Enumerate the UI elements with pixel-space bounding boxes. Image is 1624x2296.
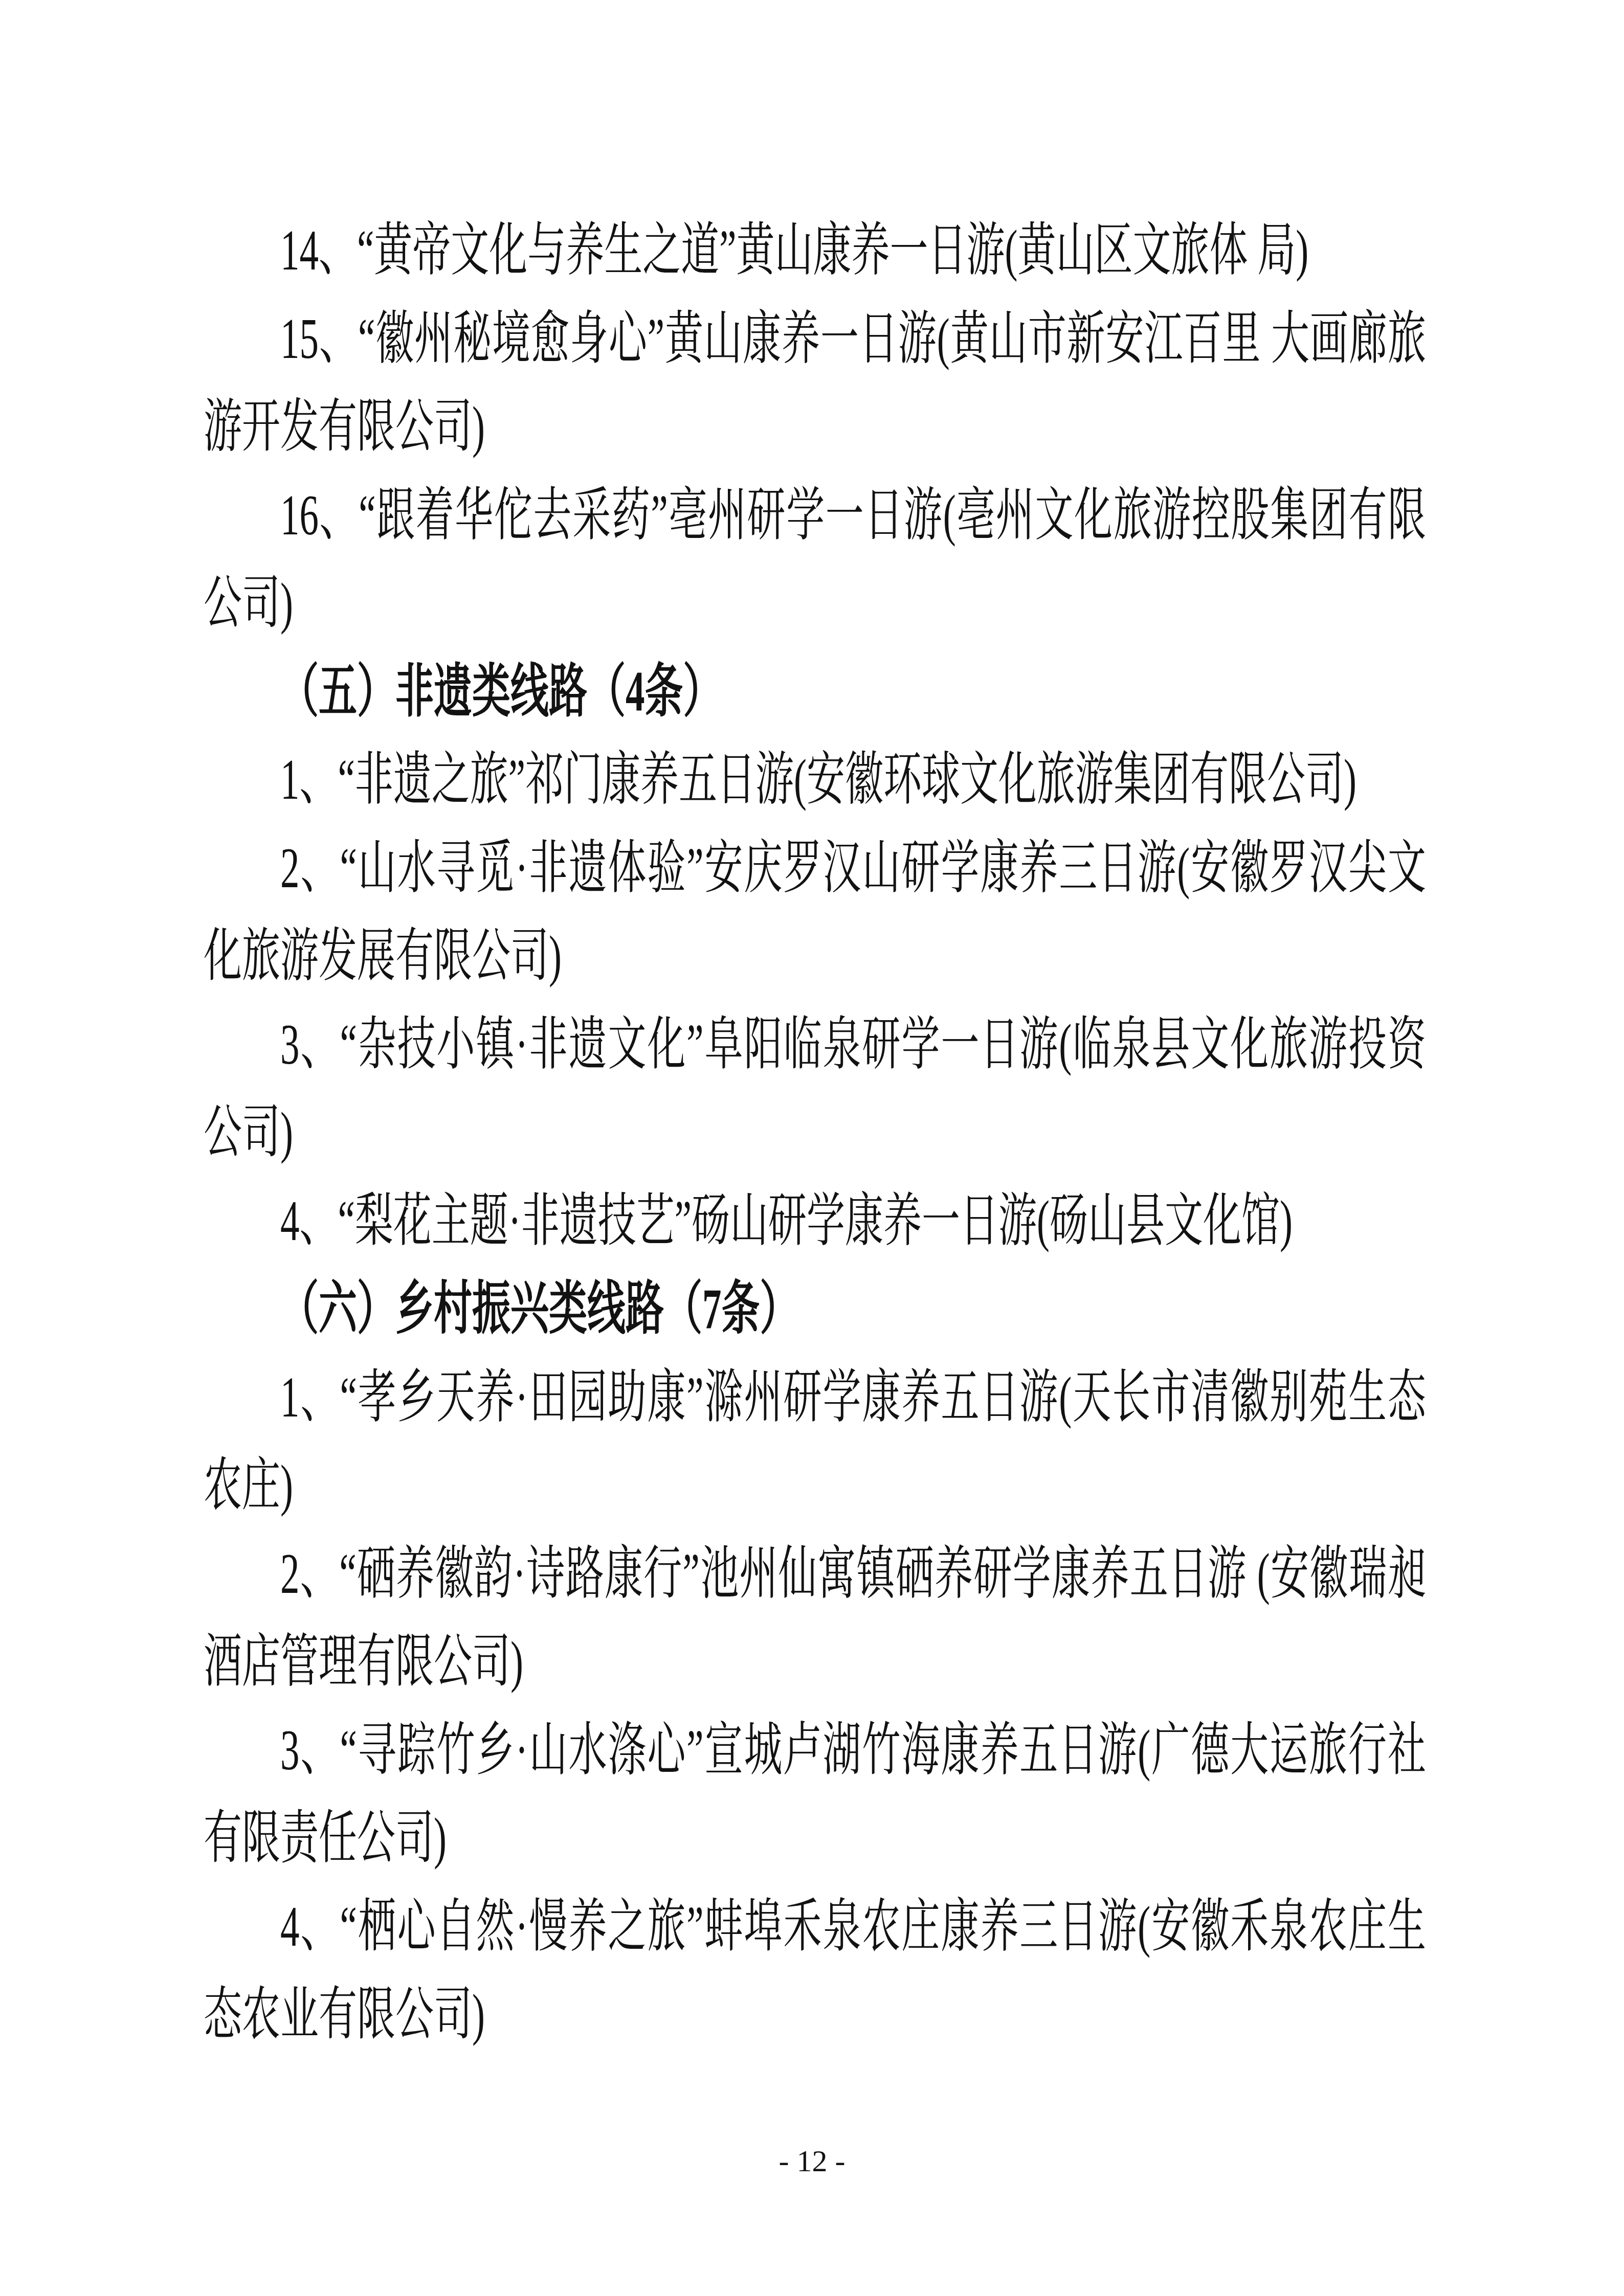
route-item: 4、“栖心自然·慢养之旅”蚌埠禾泉农庄康养三日游(安徽禾泉农庄生态农业有限公司) bbox=[204, 1883, 1426, 2059]
section-heading: （五）非遗类线路（4条） bbox=[204, 648, 1426, 736]
section-heading: （六）乡村振兴类线路（7条） bbox=[204, 1265, 1426, 1354]
route-item: 16、“跟着华佗去采药”亳州研学一日游(亳州文化旅游控股集团有限公司) bbox=[204, 471, 1426, 648]
route-item: 15、“徽州秘境愈身心”黄山康养一日游(黄山市新安江百里 大画廊旅游开发有限公司… bbox=[204, 295, 1426, 471]
document-body: 14、“黄帝文化与养生之道”黄山康养一日游(黄山区文旅体 局) 15、“徽州秘境… bbox=[204, 207, 1426, 2059]
route-item: 3、“寻踪竹乡·山水涤心”宣城卢湖竹海康养五日游(广德大运旅行社有限责任公司) bbox=[204, 1706, 1426, 1883]
document-page: 14、“黄帝文化与养生之道”黄山康养一日游(黄山区文旅体 局) 15、“徽州秘境… bbox=[0, 0, 1624, 2296]
route-item: 3、“杂技小镇·非遗文化”阜阳临泉研学一日游(临泉县文化旅游投资公司) bbox=[204, 1001, 1426, 1177]
route-item: 1、“孝乡天养·田园助康”滁州研学康养五日游(天长市清徽别苑生态农庄) bbox=[204, 1354, 1426, 1530]
route-item: 2、“山水寻觅·非遗体验”安庆罗汉山研学康养三日游(安徽罗汉尖文化旅游发展有限公… bbox=[204, 824, 1426, 1001]
page-number: - 12 - bbox=[0, 2141, 1624, 2181]
route-item: 2、“硒养徽韵·诗路康行”池州仙寓镇硒养研学康养五日游 (安徽瑞昶酒店管理有限公… bbox=[204, 1530, 1426, 1706]
route-item: 1、“非遗之旅”祁门康养五日游(安徽环球文化旅游集团有限公司) bbox=[204, 736, 1426, 824]
route-item: 4、“梨花主题·非遗技艺”砀山研学康养一日游(砀山县文化馆) bbox=[204, 1177, 1426, 1266]
route-item: 14、“黄帝文化与养生之道”黄山康养一日游(黄山区文旅体 局) bbox=[204, 207, 1426, 295]
